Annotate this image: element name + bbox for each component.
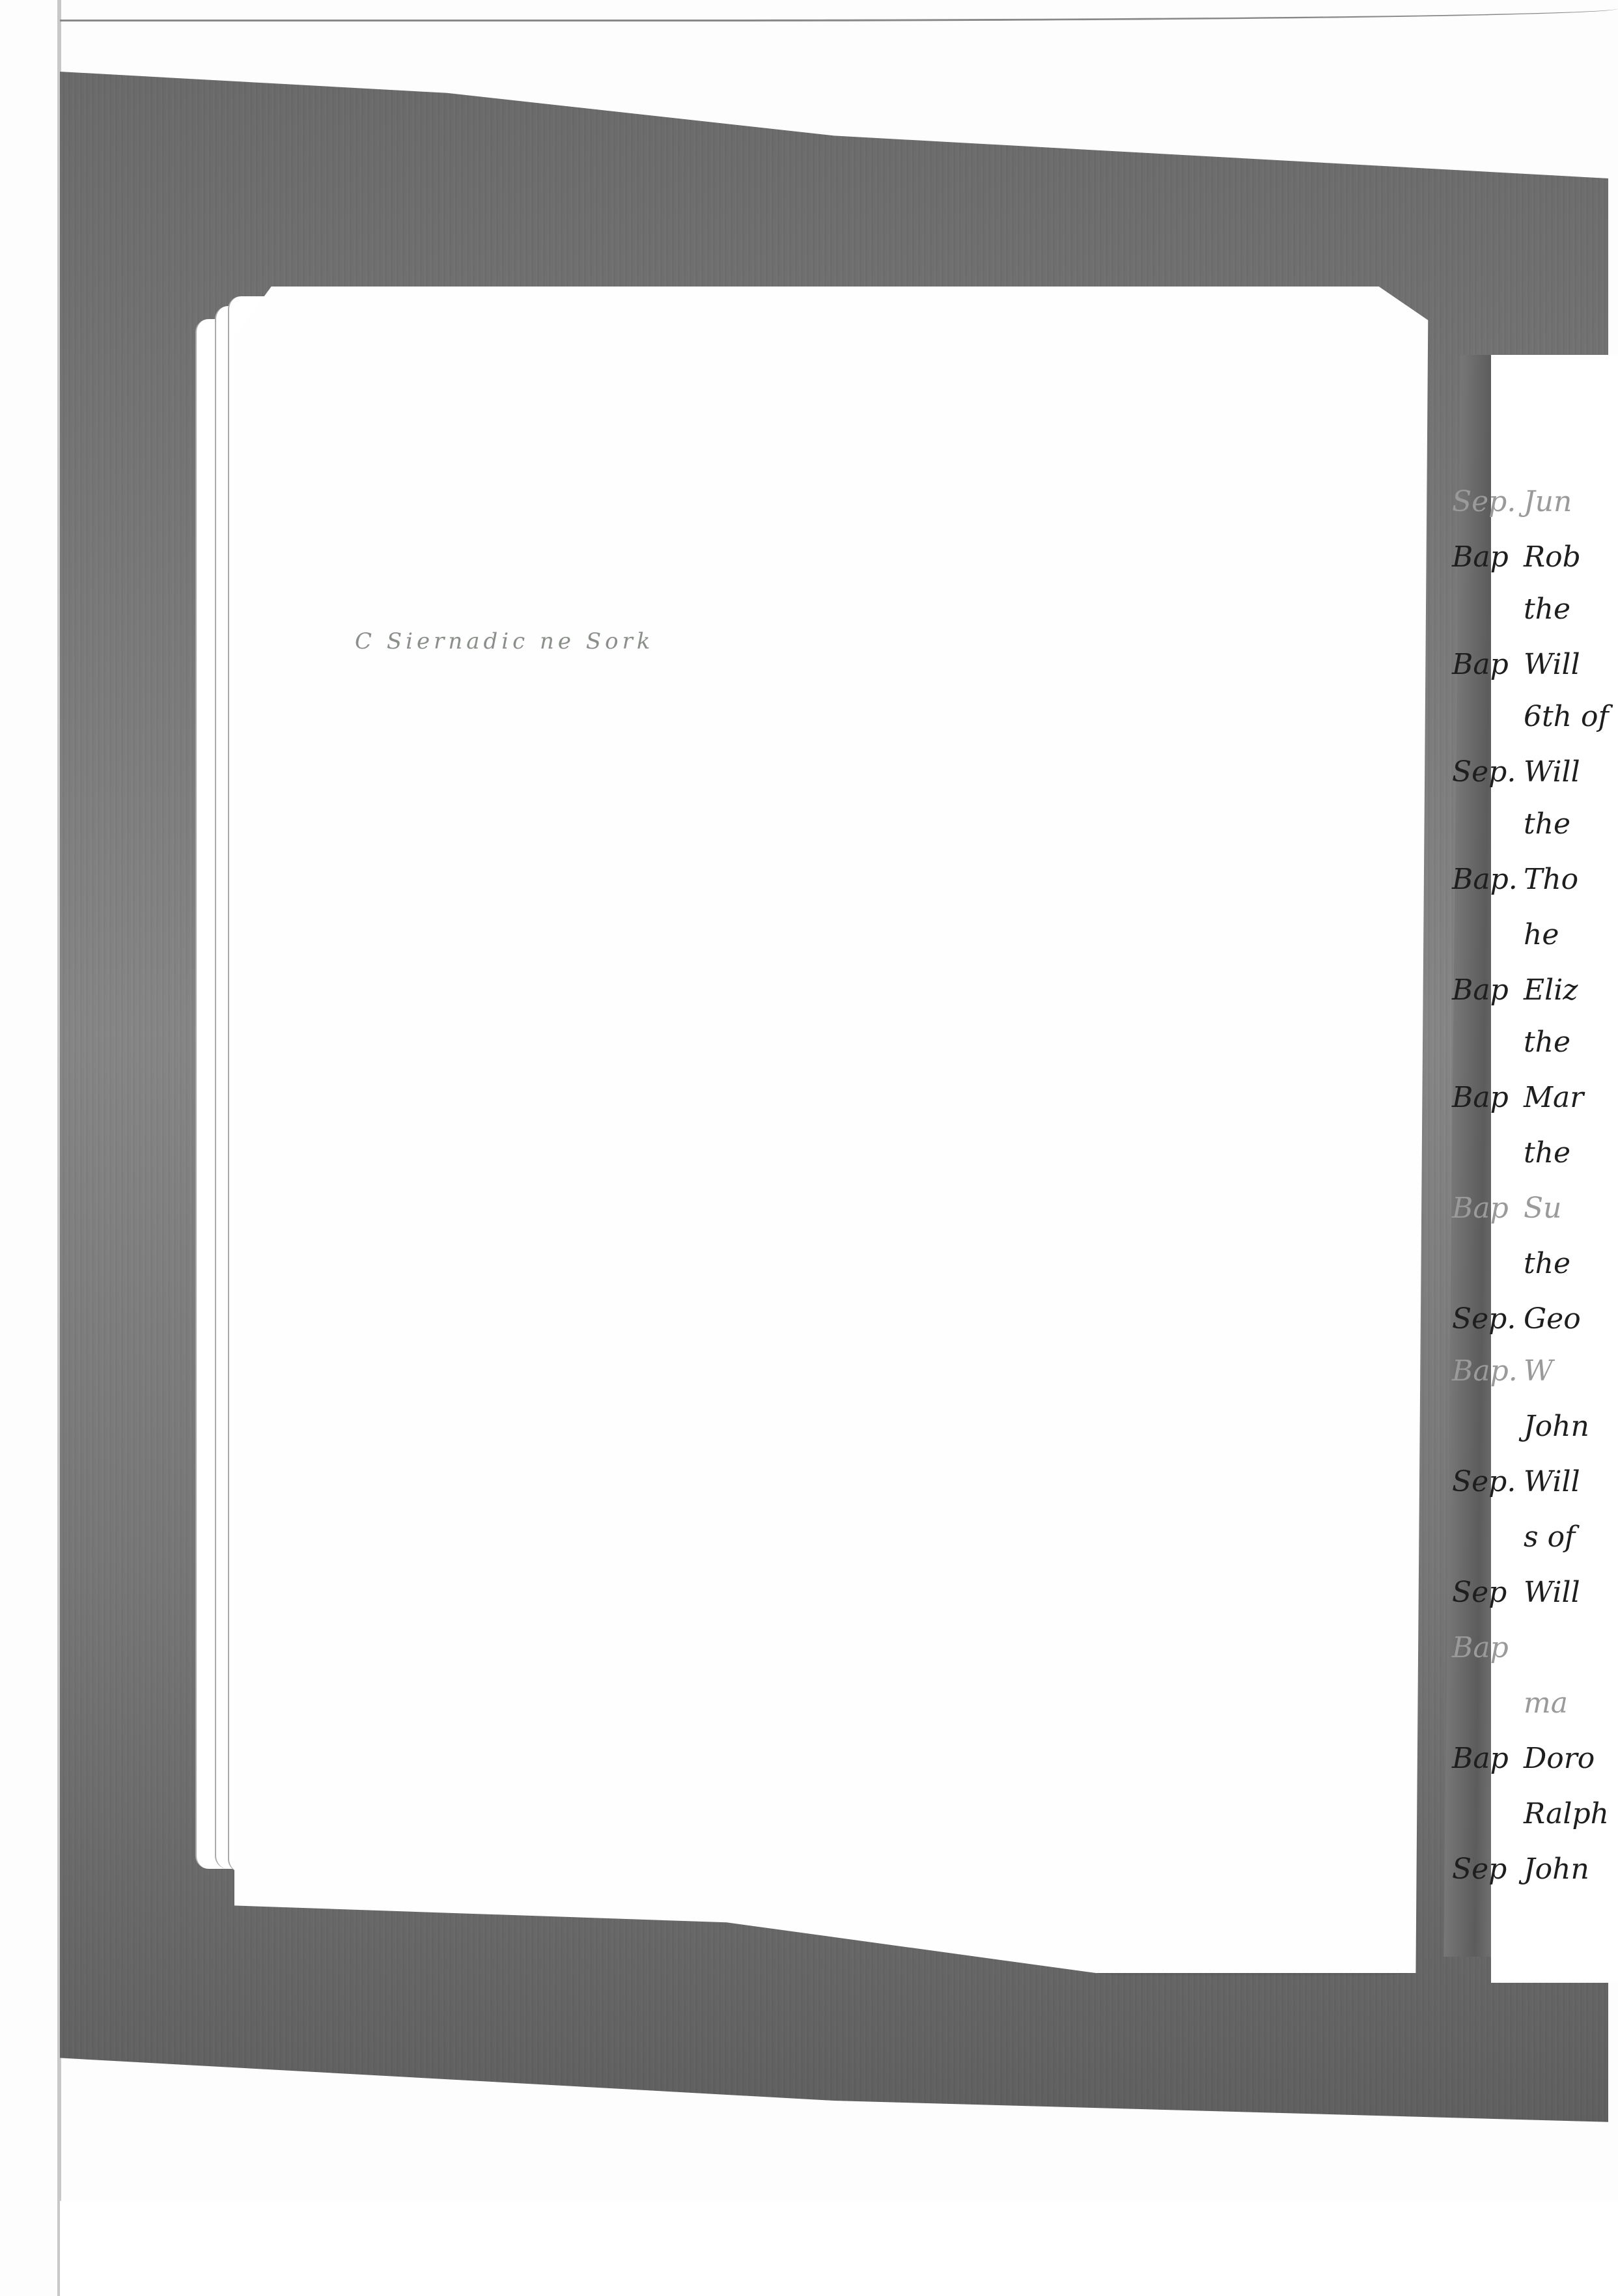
register-entry: Bap.Tho	[1452, 863, 1618, 915]
entry-type: Bap	[1452, 1742, 1524, 1775]
entry-type: Bap	[1452, 540, 1524, 574]
register-entry: the	[1452, 807, 1618, 860]
scan-bottom-margin	[60, 2201, 1618, 2296]
pencil-annotation: C Siernadic ne Sork	[355, 628, 654, 654]
register-entry: BapWill	[1452, 648, 1618, 700]
entry-name: s of	[1524, 1520, 1575, 1554]
entry-name: John	[1524, 1853, 1589, 1886]
entry-name: 6th of	[1524, 700, 1609, 733]
register-entry: SepWill	[1452, 1576, 1618, 1628]
register-entry: Sep.Will	[1452, 1465, 1618, 1517]
entry-type: Bap	[1452, 648, 1524, 681]
entry-name: Eliz	[1524, 973, 1578, 1007]
register-entry: BapSu	[1452, 1192, 1618, 1244]
register-entry: Ralph	[1452, 1797, 1618, 1849]
register-entry: the	[1452, 593, 1618, 645]
entry-name: Su	[1524, 1192, 1561, 1225]
entry-name: Geo	[1524, 1302, 1581, 1336]
entry-name: Will	[1524, 1576, 1580, 1609]
entry-name: Doro	[1524, 1742, 1595, 1775]
register-entry: s of	[1452, 1520, 1618, 1573]
entry-type: Bap	[1452, 1192, 1524, 1225]
entry-type: Sep.	[1452, 755, 1524, 789]
entry-name: Mar	[1524, 1081, 1583, 1114]
entry-name: Tho	[1524, 863, 1578, 896]
register-entry: Bap.W	[1452, 1354, 1618, 1407]
entry-name: W	[1524, 1354, 1553, 1388]
blank-left-page	[234, 287, 1465, 1973]
entry-name: Will	[1524, 1465, 1580, 1498]
entry-type: Sep.	[1452, 485, 1524, 518]
register-entry: BapMar	[1452, 1081, 1618, 1133]
register-entry: the	[1452, 1136, 1618, 1188]
register-entry: BapEliz	[1452, 973, 1618, 1026]
register-entry: the	[1452, 1026, 1618, 1078]
entry-name: John	[1524, 1410, 1589, 1443]
register-entry: Sep.Geo	[1452, 1302, 1618, 1354]
entry-name: Ralph	[1524, 1797, 1609, 1830]
entry-name: Will	[1524, 648, 1580, 681]
entry-name: the	[1524, 593, 1570, 626]
register-entry: SepJohn	[1452, 1853, 1618, 1905]
entry-name: he	[1524, 918, 1559, 951]
entry-name: the	[1524, 807, 1570, 841]
entry-name: ma	[1524, 1687, 1568, 1720]
entry-type: Sep.	[1452, 1465, 1524, 1498]
entry-name: the	[1524, 1026, 1570, 1059]
register-entry: the	[1452, 1247, 1618, 1299]
entry-name: Will	[1524, 755, 1580, 789]
entry-type: Bap	[1452, 1081, 1524, 1114]
register-entry: Sep.Jun	[1452, 485, 1618, 537]
entry-name: the	[1524, 1136, 1570, 1169]
entry-type: Bap.	[1452, 1354, 1524, 1388]
register-entry: Bap	[1452, 1631, 1618, 1683]
entry-type: Sep.	[1452, 1302, 1524, 1336]
entry-type: Bap.	[1452, 863, 1524, 896]
entry-type: Sep	[1452, 1853, 1524, 1886]
entry-type: Bap	[1452, 1631, 1524, 1664]
entry-type: Bap	[1452, 973, 1524, 1007]
register-entry: John	[1452, 1410, 1618, 1462]
register-entry: he	[1452, 918, 1618, 970]
register-entry: Sep.Will	[1452, 755, 1618, 807]
scan-top-curve	[60, 0, 1618, 21]
register-entry: ma	[1452, 1687, 1618, 1739]
register-entry: BapRob	[1452, 540, 1618, 593]
register-entry: BapDoro	[1452, 1742, 1618, 1794]
entry-name: Rob	[1524, 540, 1581, 574]
register-entry: 6th of	[1452, 700, 1618, 752]
entry-type: Sep	[1452, 1576, 1524, 1609]
entry-name: Jun	[1524, 485, 1572, 518]
entry-name: the	[1524, 1247, 1570, 1280]
